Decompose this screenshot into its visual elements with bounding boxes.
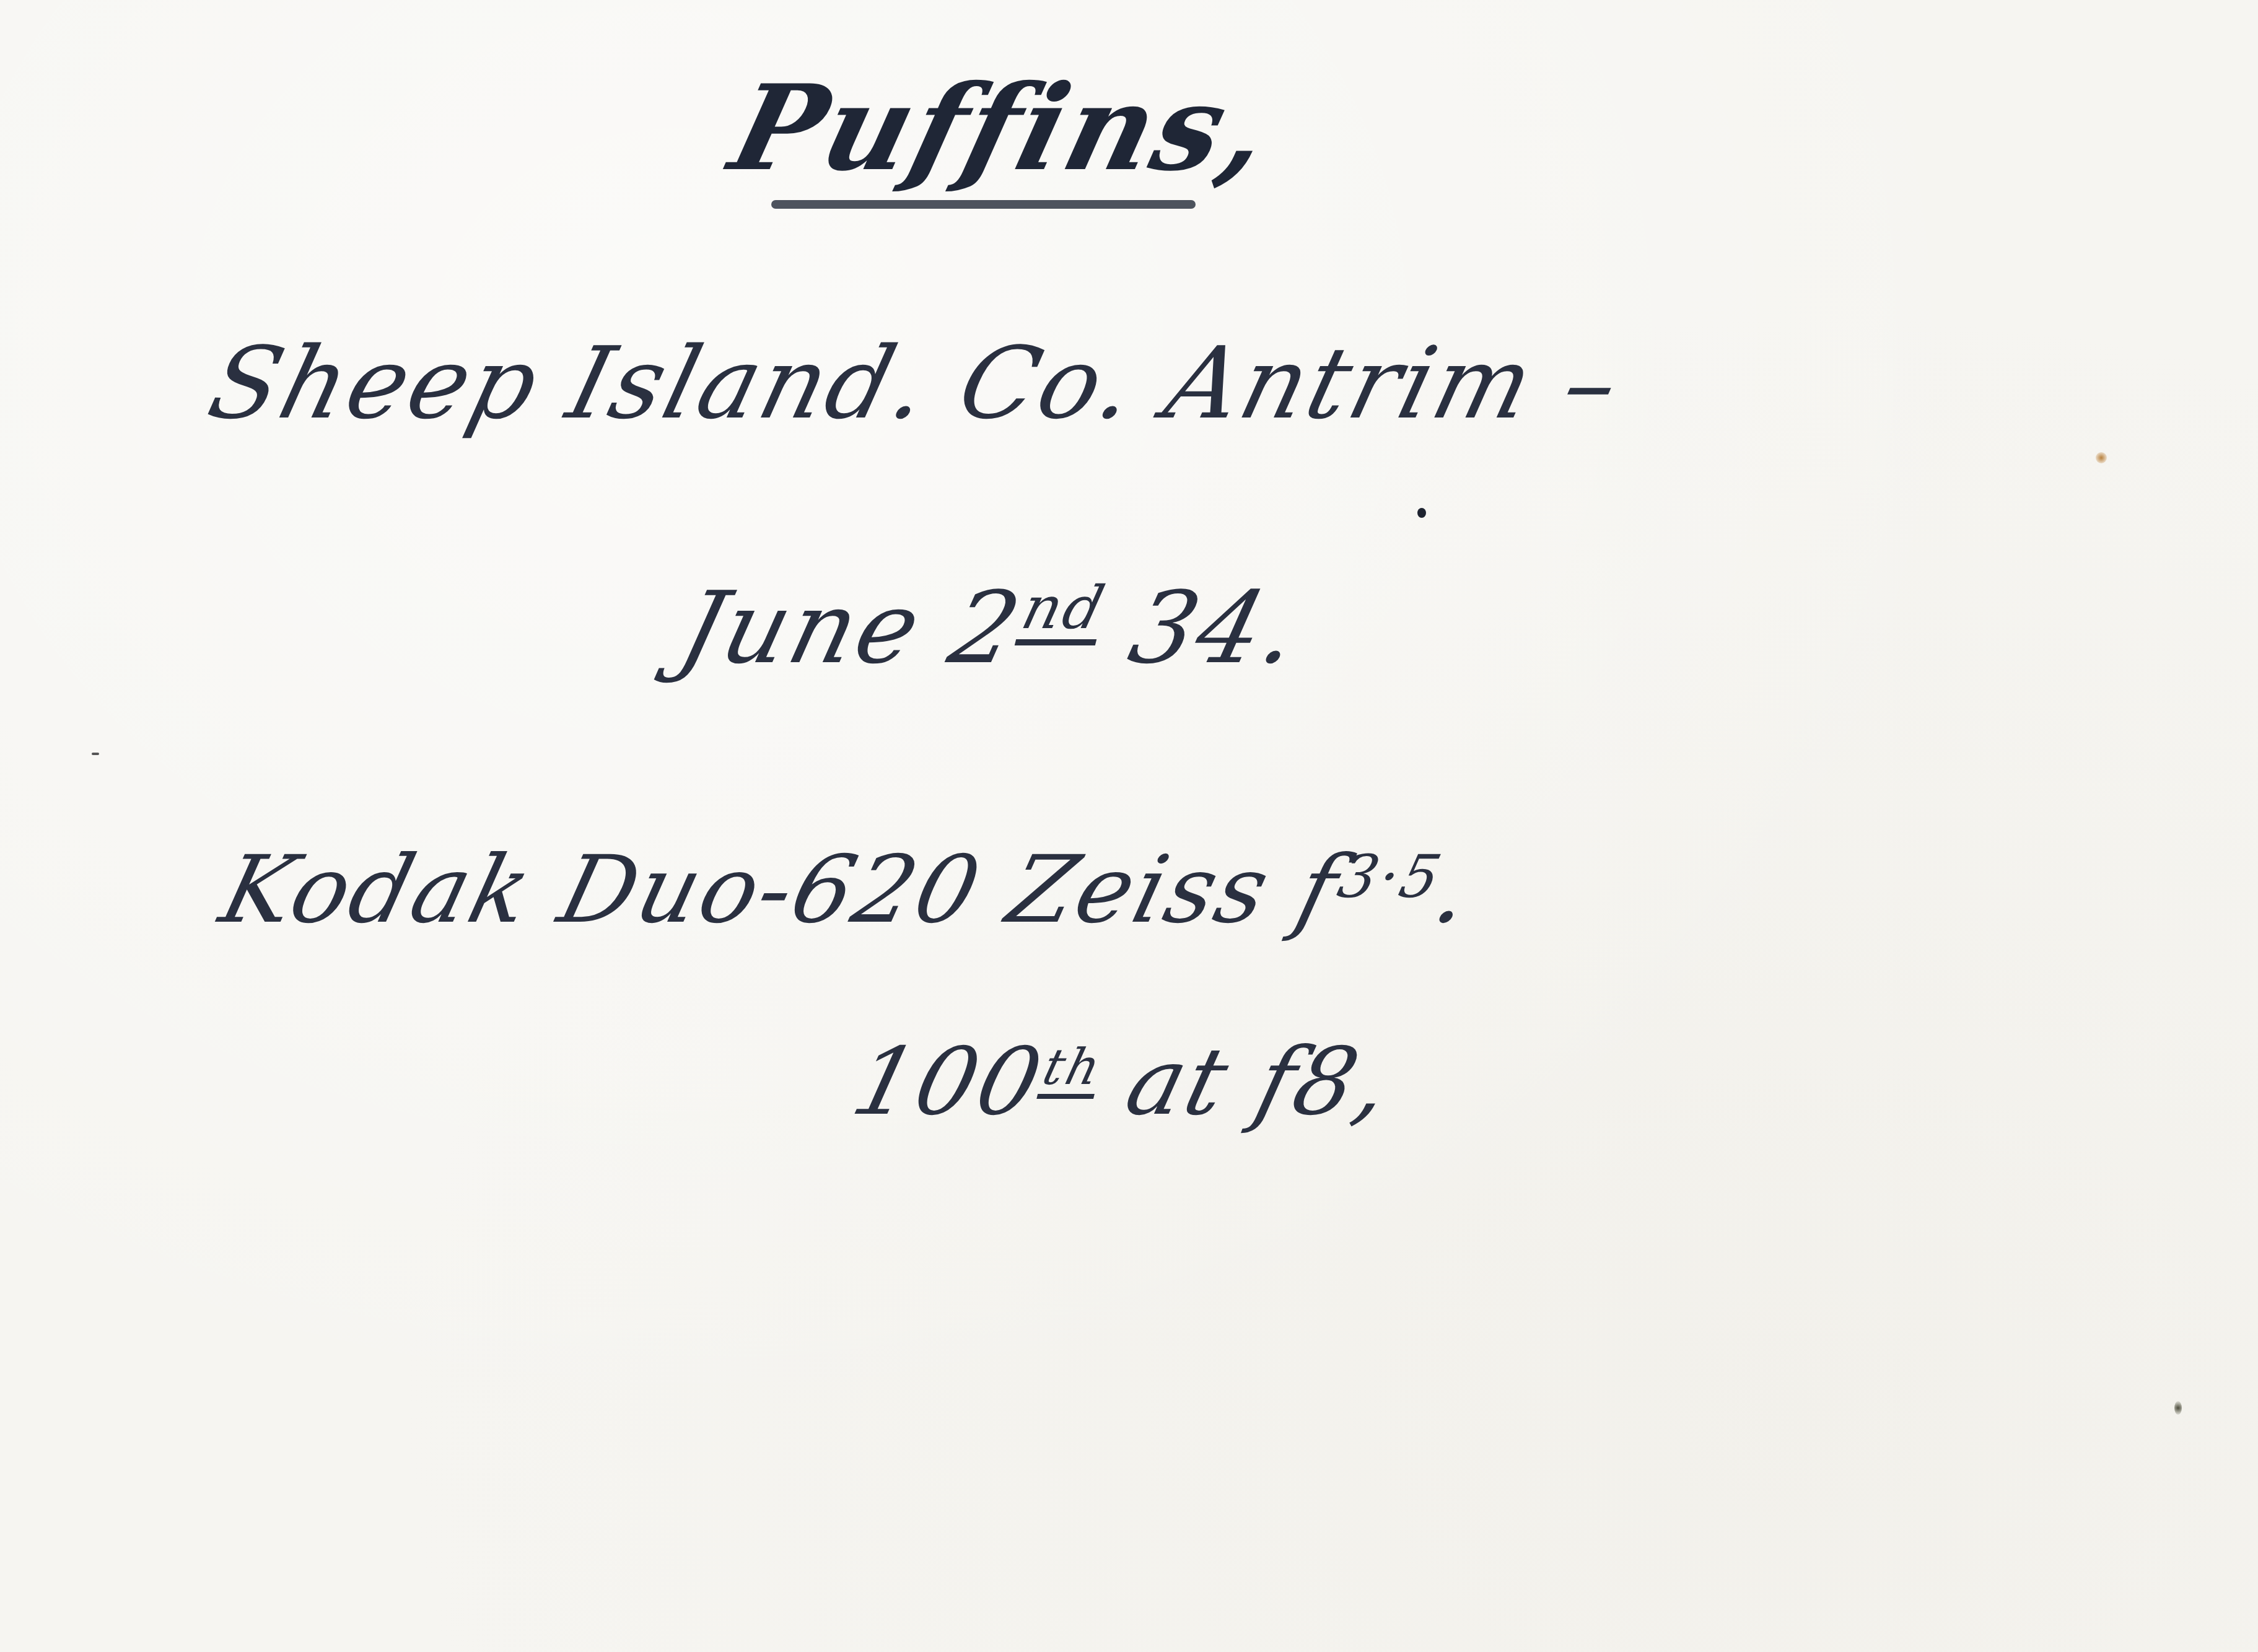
title-underline xyxy=(771,200,1196,209)
caption-card: Puffins, Sheep Island. Co. Antrim – June… xyxy=(0,0,2258,1652)
foxing-spot xyxy=(2096,452,2107,463)
camera-main: Kodak Duo-620 Zeiss f xyxy=(211,836,1350,944)
exposure-aperture: at f8, xyxy=(1084,1028,1403,1136)
aperture-value: 3·5 xyxy=(1332,843,1450,911)
date-line: June 2nd 34. xyxy=(669,570,1313,686)
shutter-main: 100 xyxy=(842,1028,1054,1136)
dirt-spot xyxy=(2174,1401,2182,1415)
location-line: Sheep Island. Co. Antrim – xyxy=(198,325,1633,441)
date-main: June 2 xyxy=(669,570,1033,686)
exposure-line: 100th at f8, xyxy=(842,1028,1403,1136)
camera-line: Kodak Duo-620 Zeiss f3·5. xyxy=(211,836,1484,944)
date-year: 34. xyxy=(1085,570,1313,686)
caption-title: Puffins, xyxy=(719,59,1286,197)
paper-mark xyxy=(92,753,99,755)
ink-dot xyxy=(1417,508,1426,518)
